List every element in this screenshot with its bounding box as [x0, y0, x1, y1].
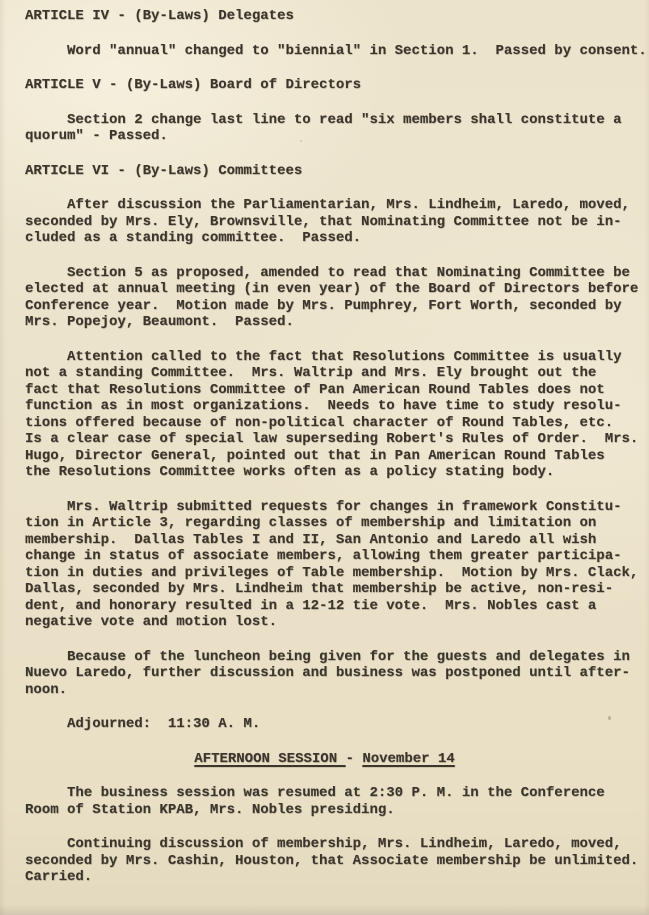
- heading-afternoon-session: AFTERNOON SESSION - November 14: [25, 751, 649, 768]
- document-page: ARTICLE IV - (By-Laws) Delegates Word "a…: [0, 0, 649, 915]
- paragraph-section-5-amendment: Section 5 as proposed, amended to read t…: [25, 265, 649, 331]
- paragraph-article-4-body: Word "annual" changed to "biennial" in S…: [25, 43, 649, 60]
- heading-article-4: ARTICLE IV - (By-Laws) Delegates: [25, 8, 649, 25]
- paragraph-luncheon-postponement: Because of the luncheon being given for …: [25, 649, 649, 699]
- paragraph-resolutions-committee: Attention called to the fact that Resolu…: [25, 349, 649, 481]
- paragraph-associate-membership: Continuing discussion of membership, Mrs…: [25, 836, 649, 886]
- paragraph-membership-changes: Mrs. Waltrip submitted requests for chan…: [25, 499, 649, 631]
- paragraph-article-5-body: Section 2 change last line to read "six …: [25, 112, 649, 145]
- paragraph-adjourned: Adjourned: 11:30 A. M.: [25, 716, 649, 733]
- heading-article-6: ARTICLE VI - (By-Laws) Committees: [25, 163, 649, 180]
- afternoon-session-separator: -: [346, 751, 363, 767]
- paragraph-session-resumed: The business session was resumed at 2:30…: [25, 785, 649, 818]
- afternoon-session-label: AFTERNOON SESSION: [194, 751, 345, 767]
- paragraph-nominating-committee: After discussion the Parliamentarian, Mr…: [25, 197, 649, 247]
- afternoon-session-date: November 14: [362, 751, 454, 767]
- heading-article-5: ARTICLE V - (By-Laws) Board of Directors: [25, 77, 649, 94]
